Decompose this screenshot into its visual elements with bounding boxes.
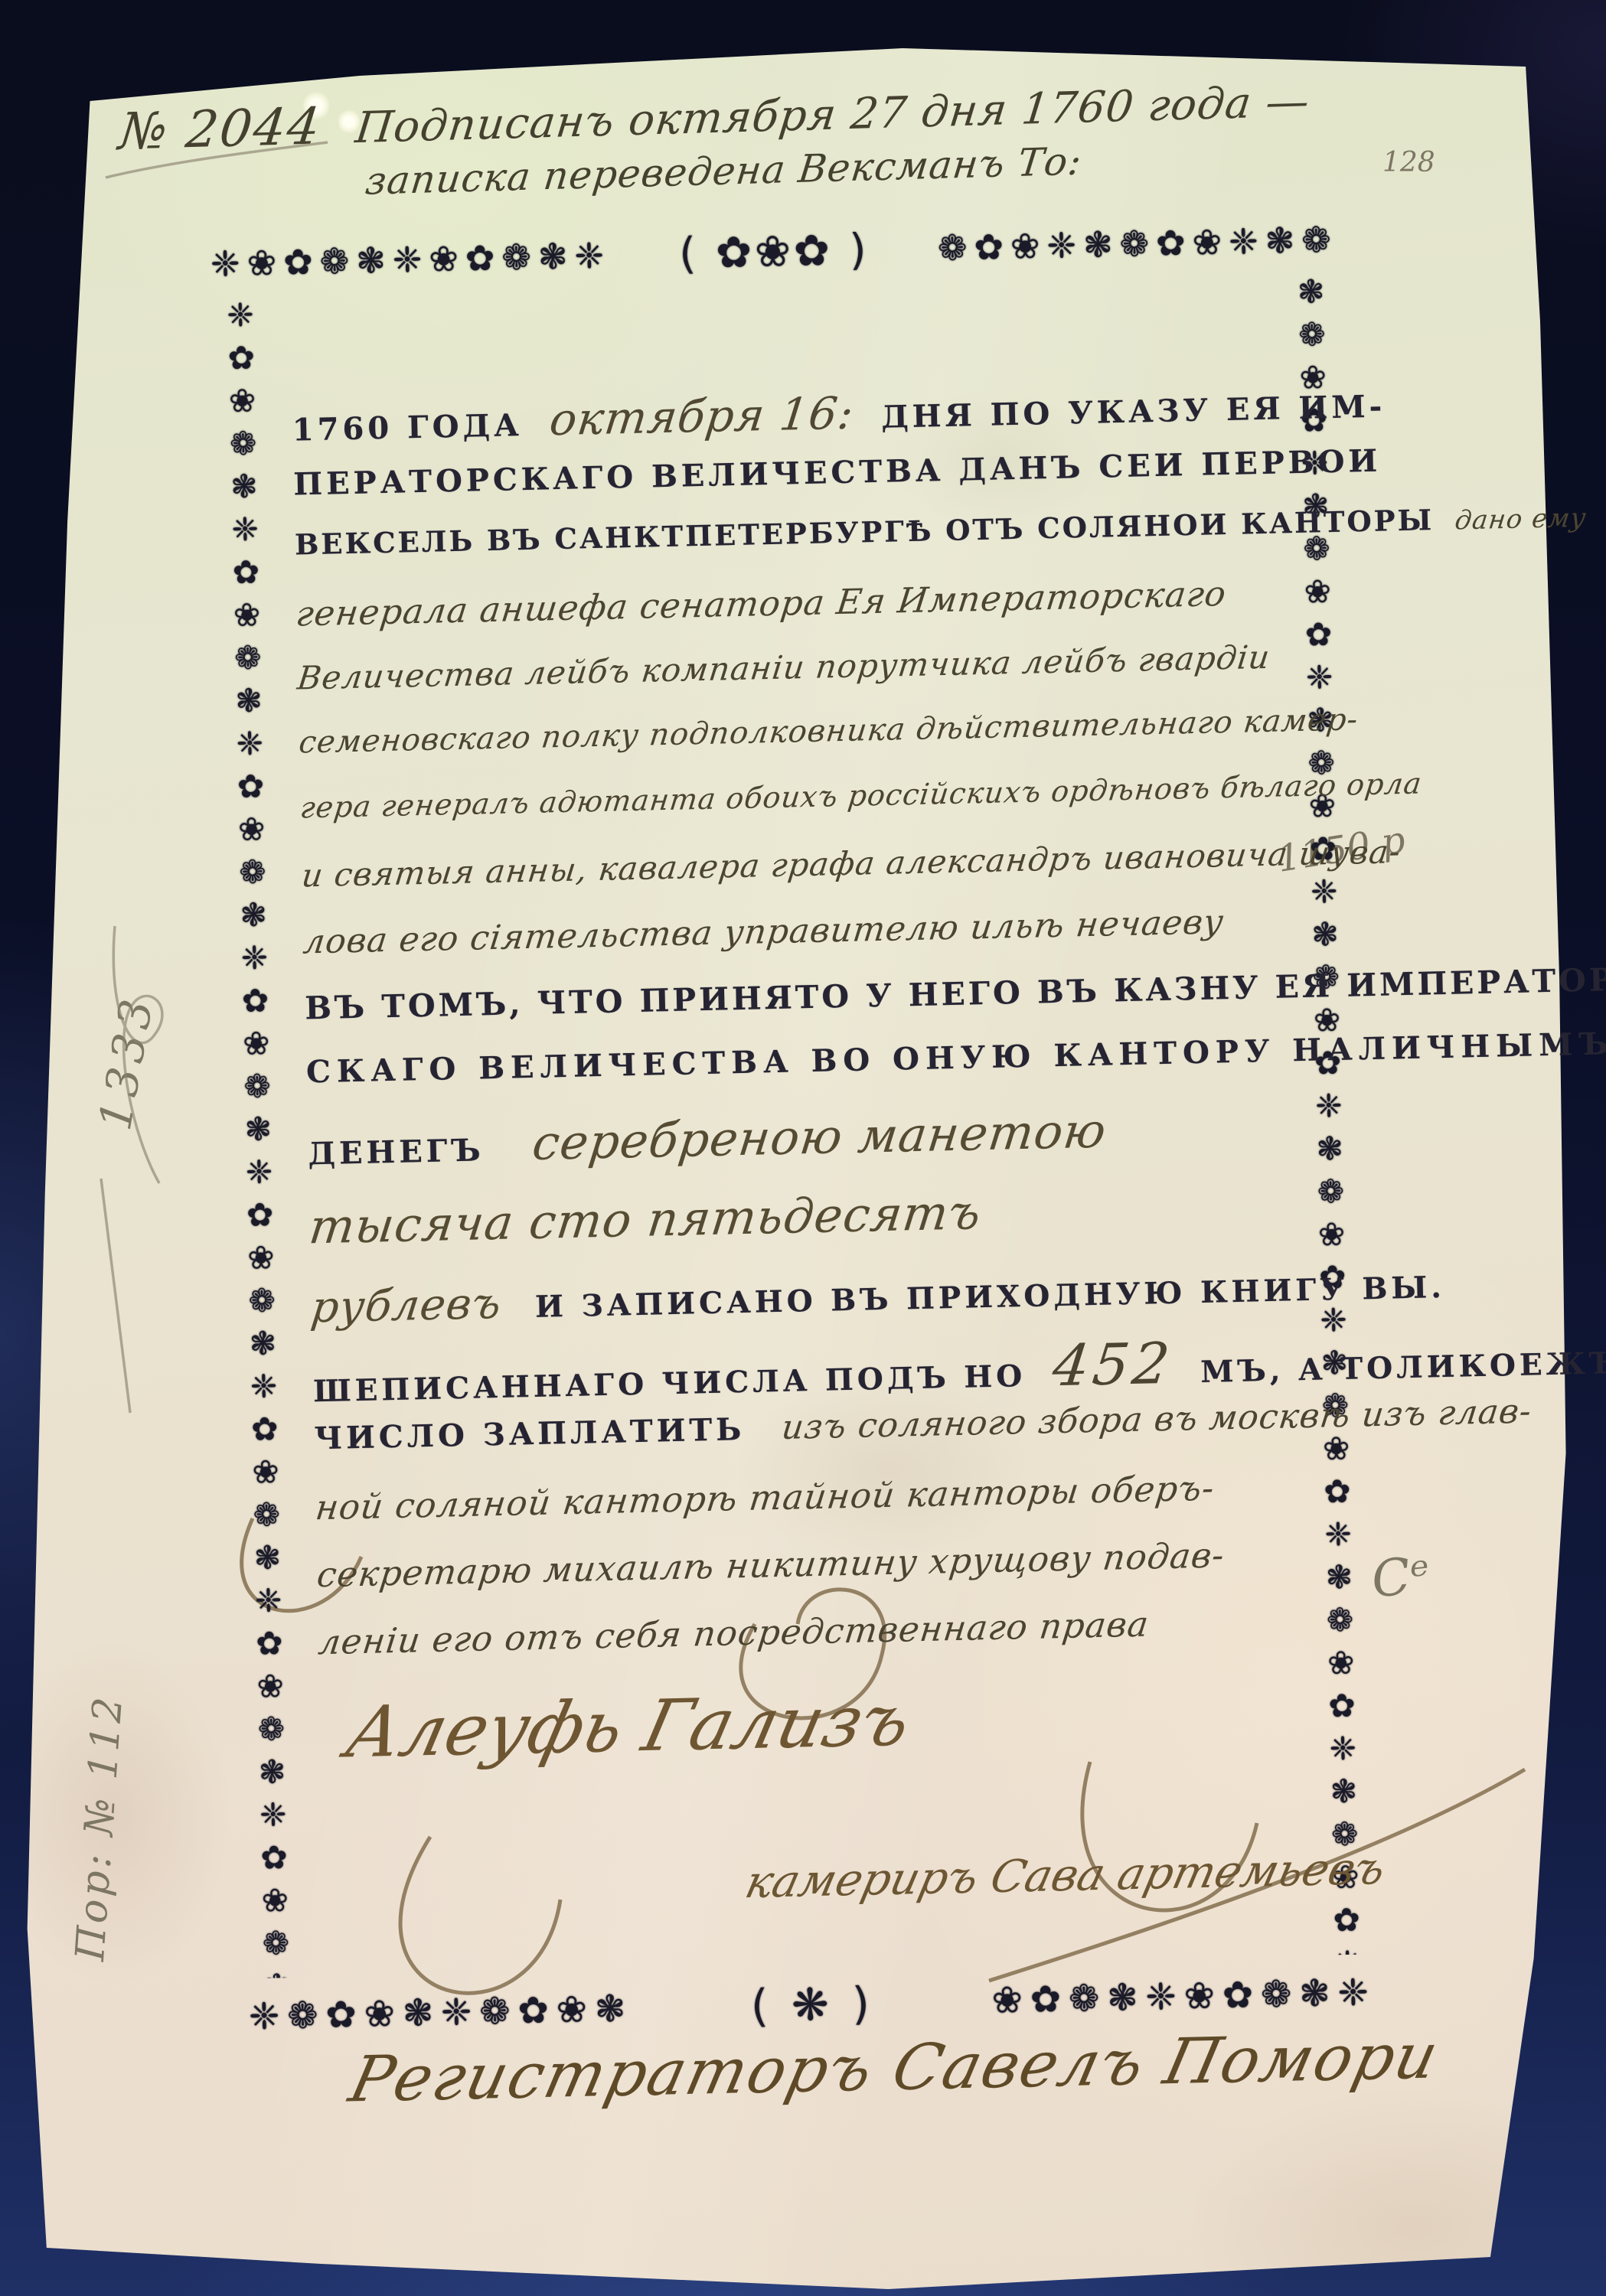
document-number: № 2044 — [116, 96, 325, 161]
ornament-segment: ❀✿❁❃❈❀✿❁❃❈ — [991, 1971, 1376, 2022]
printed-line-5: СКАГО ВЕЛИЧЕСТВА ВО ОНУЮ КАНТОРУ НАЛИЧНЫ… — [306, 1033, 1280, 1091]
ornament-center-motif: ( ❋ ) — [750, 1978, 874, 2032]
printed-line-3: ВЕКСЕЛЬ ВЪ САНКТПЕТЕРБУРГѢ ОТЪ СОЛЯНОИ К… — [295, 507, 1268, 562]
handwritten-payee-note: дано ему — [1454, 503, 1588, 536]
printed-line-1: 1760 ГОДА октября 16: ДНЯ ПО УКАЗУ ЕЯ ИМ… — [292, 378, 1265, 452]
document-body: 1760 ГОДА октября 16: ДНЯ ПО УКАЗУ ЕЯ ИМ… — [289, 279, 1298, 1968]
signature-1: Алеуфь Гализъ — [339, 1679, 919, 1774]
ornament-center-motif: ( ✿❀✿ ) — [679, 225, 870, 279]
printed-money-word: ДЕНЕГЪ — [308, 1132, 485, 1172]
printed-text: ВЕКСЕЛЬ ВЪ САНКТПЕТЕРБУРГѢ ОТЪ СОЛЯНОИ К… — [295, 503, 1435, 561]
handwritten-line-1: генерала аншефа сенатора Ея Императорска… — [294, 573, 1229, 634]
vexel-document: ❈❀✿❁❃❈❀✿❁❃❈ ( ✿❀✿ ) ❁✿❀❈❃❁✿❀❈❃❁ ❈✿❀❁❃❈✿❀… — [205, 202, 1382, 2062]
handwritten-line-3: семеновскаго полку подполковника дѣйстви… — [297, 702, 1360, 760]
handwritten-payment-2: ной соляной канторѣ тайной канторы оберъ… — [313, 1468, 1216, 1528]
handwritten-line-5: и святыя анны, кавалера графа александръ… — [300, 833, 1403, 894]
page-number: 128 — [1382, 147, 1435, 178]
handwritten-entry-number: 452 — [1049, 1331, 1177, 1400]
handwritten-amount-words-1: серебреною манетою — [530, 1102, 1110, 1171]
amount-line-3: рублевъ И ЗАПИСАНО ВЪ ПРИХОДНУЮ КНИГУ ВЫ… — [311, 1262, 1284, 1333]
handwritten-payment-3: секретарю михаилѣ никитину хрущову подав… — [315, 1534, 1227, 1595]
ornament-segment: ❁✿❀❈❃❁✿❀❈❃❁ — [937, 219, 1338, 269]
printed-line-4: ВЪ ТОМЪ, ЧТО ПРИНЯТО У НЕГО ВЪ КАЗНУ ЕЯ … — [305, 969, 1278, 1027]
printed-text: ПЕРАТОРСКАГО ВЕЛИЧЕСТВА ДАНЪ СЕИ ПЕРВОИ — [293, 443, 1382, 503]
ornament-segment: ❈❀✿❁❃❈❀✿❁❃❈ — [210, 234, 611, 284]
handwritten-amount-words-2: тысяча сто пятьдесятъ — [306, 1184, 984, 1254]
handwritten-date: октября 16: — [547, 386, 857, 445]
printed-text: ЧИСЛО ЗАПЛАТИТЬ — [314, 1411, 746, 1456]
handwritten-amount-words-3: рублевъ — [308, 1279, 504, 1333]
museum-photo: № 2044 Подписанъ октября 27 дня 1760 год… — [0, 0, 1606, 2296]
handwritten-payment-4: леніи его отъ себя посредственнаго права — [316, 1603, 1151, 1662]
ornament-segment: ❈❁✿❀❃❈❁✿❀❃ — [248, 1987, 633, 2038]
printed-text: ШЕПИСАННАГО ЧИСЛА ПОДЪ НО — [313, 1358, 1027, 1409]
margin-mark-ce: Сᵉ — [1369, 1544, 1433, 1609]
handwritten-line-2: Величества лейбъ компаніи порутчика лейб… — [295, 638, 1272, 697]
amount-line-1: ДЕНЕГЪ серебреною манетою — [307, 1099, 1281, 1176]
handwritten-line-6: лова его сіятельства управителю ильѣ неч… — [301, 902, 1226, 961]
signature-2: камериръ Сава артемьевъ — [741, 1842, 1391, 1909]
printed-year: 1760 ГОДА — [292, 407, 523, 448]
handwritten-line-4: гера генералъ адютанта обоихъ россійских… — [299, 766, 1424, 824]
printed-line-2: ПЕРАТОРСКАГО ВЕЛИЧЕСТВА ДАНЪ СЕИ ПЕРВОИ — [293, 445, 1267, 503]
